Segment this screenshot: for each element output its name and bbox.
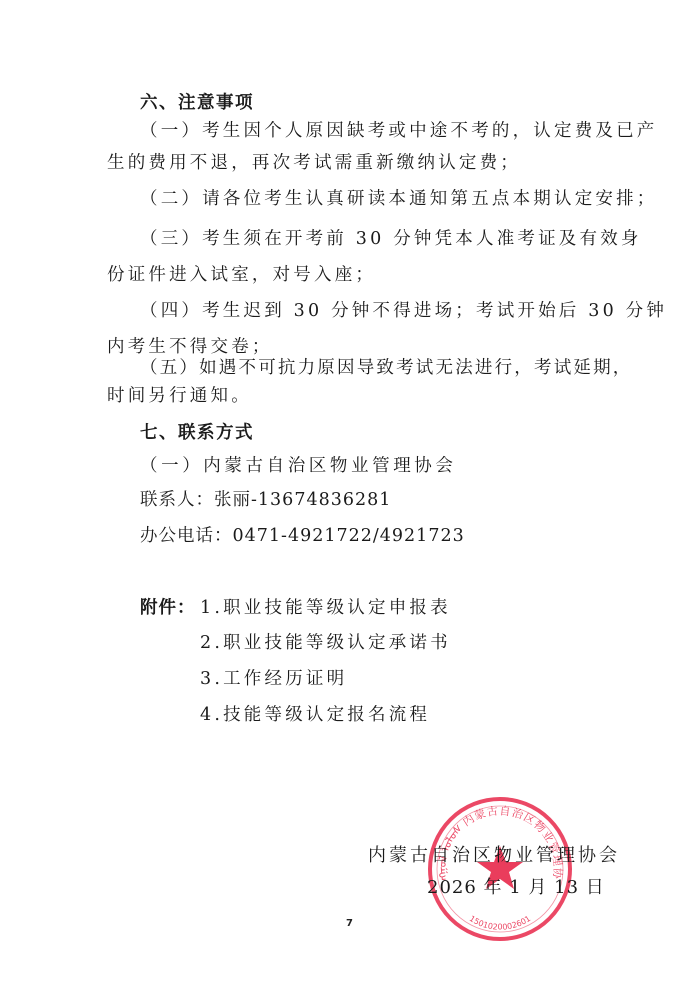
notice-item-5-line-2: 时间另行通知。 [107, 385, 252, 407]
contact-org: （一）内蒙古自治区物业管理协会 [140, 455, 457, 477]
signature-organization: 内蒙古自治区物业管理协会 [368, 845, 620, 867]
contact-person: 联系人：张丽-13674836281 [140, 489, 391, 511]
attachment-item-1: 1.职业技能等级认定申报表 [200, 597, 451, 619]
attachment-item-3: 3.工作经历证明 [200, 668, 347, 690]
section-6-heading: 六、注意事项 [140, 92, 254, 114]
office-phone: 办公电话：0471-4921722/4921723 [140, 525, 465, 547]
notice-item-2-line-1: （二）请各位考生认真研读本通知第五点本期认定安排； [140, 188, 658, 210]
svg-text:1501020002601: 1501020002601 [468, 914, 533, 932]
notice-item-4-line-1: （四）考生迟到 30 分钟不得进场；考试开始后 30 分钟 [140, 300, 667, 322]
signature-date: 2026 年 1 月 13 日 [427, 877, 605, 899]
notice-item-5-line-1: （五）如遇不可抗力原因导致考试无法进行，考试延期， [140, 357, 633, 379]
notice-item-1-line-2: 生的费用不退，再次考试需重新缴纳认定费； [107, 152, 521, 174]
notice-item-1-line-1: （一）考生因个人原因缺考或中途不考的，认定费及已产 [140, 120, 658, 142]
svg-text:ᠮᠣᠩᠭᠣᠯ ᠤᠯᠤᠰ 内蒙古自治区物业管理协会: ᠮᠣᠩᠭᠣᠯ ᠤᠯᠤᠰ 内蒙古自治区物业管理协会 [425, 794, 565, 881]
attachment-item-2: 2.职业技能等级认定承诺书 [200, 632, 451, 654]
page-number: 7 [346, 918, 353, 929]
official-seal-icon: ᠮᠣᠩᠭᠣᠯ ᠤᠯᠤᠰ 内蒙古自治区物业管理协会 1501020002601 [425, 794, 575, 944]
notice-item-4-line-2: 内考生不得交卷； [107, 336, 273, 358]
notice-item-3-line-2: 份证件进入试室，对号入座； [107, 264, 376, 286]
notice-item-3-line-1: （三）考生须在开考前 30 分钟凭本人准考证及有效身 [140, 228, 642, 250]
attachment-item-4: 4.技能等级认定报名流程 [200, 704, 430, 726]
section-7-heading: 七、联系方式 [140, 422, 254, 444]
attachments-label: 附件： [140, 597, 196, 619]
